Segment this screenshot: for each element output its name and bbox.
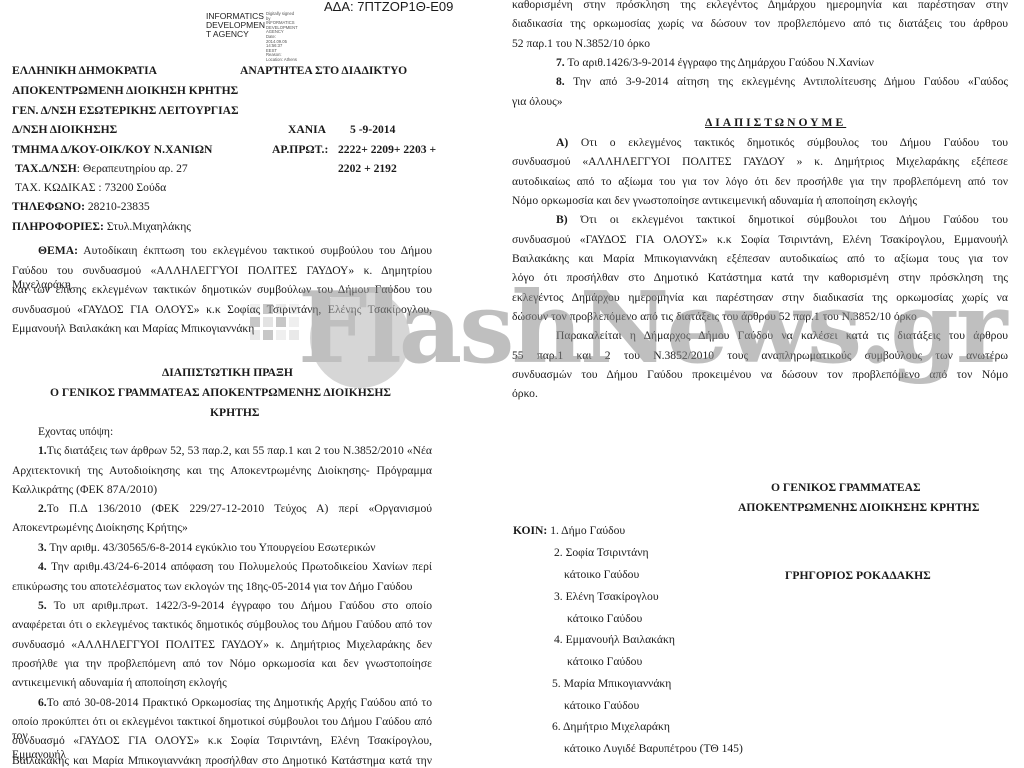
cc-item: 3. Ελένη Τσακίρογλου <box>554 590 659 604</box>
protocol-number-1: 2222+ 2209+ 2203 + <box>338 143 436 157</box>
consideration-item: 1.Τις διατάξεις των άρθρων 52, 53 παρ.2,… <box>38 444 432 458</box>
sender-line: ΑΠΟΚΕΝΤΡΩΜΕΝΗ ΔΙΟΙΚΗΣΗ ΚΡΗΤΗΣ <box>12 84 238 98</box>
cc-item: 4. Εμμανουήλ Βαιλακάκη <box>554 633 675 647</box>
considering-label: Εχοντας υπόψη: <box>38 425 113 439</box>
finding-b: Β) Ότι οι εκλεγμένοι τακτικοί δημοτικοί … <box>556 213 1008 227</box>
subject-line: ΘΕΜΑ: Αυτοδίκαιη έκπτωση του εκλεγμένου … <box>38 244 432 258</box>
finding-a: Α) Οτι ο εκλεγμένος τακτικός δημοτικός σ… <box>556 136 1008 150</box>
signatory-title: ΑΠΟΚΕΝΤΡΩΜΕΝΗΣ ΔΙΟΙΚΗΣΗΣ ΚΡΗΤΗΣ <box>738 501 979 515</box>
request-paragraph: Παρακαλείται η Δήμαρχος Δήμου Γαύδου να … <box>556 329 1008 343</box>
sender-line: Δ/ΝΣΗ ΔΙΟΙΚΗΣΗΣ <box>12 123 117 137</box>
sender-postcode: ΤΑΧ. ΚΩΔΙΚΑΣ : 73200 Σούδα <box>15 181 166 195</box>
signature-org: INFORMATICS DEVELOPMEN T AGENCY <box>206 12 265 39</box>
consideration-item: 3. Την αριθμ. 43/30565/6-8-2014 εγκύκλιο… <box>38 541 376 555</box>
document-page-left: ΑΔΑ: 7ΠΤΖΟΡ1Θ-Ε09 INFORMATICS DEVELOPMEN… <box>0 0 500 768</box>
subject-line: και των επίσης εκλεγμένων τακτικών δημοτ… <box>12 283 432 297</box>
cc-item: ΚΟΙΝ: 1. Δήμο Γαύδου <box>513 524 625 538</box>
consideration-item: 6.Το από 30-08-2014 Πρακτικό Ορκωμοσίας … <box>38 696 432 710</box>
document-page-right: καθορισμένη στην πρόσκληση της εκλεγέντο… <box>512 0 1024 768</box>
consideration-item: 7. Το αριθ.1426/3-9-2014 έγγραφο της Δημ… <box>556 56 874 70</box>
cc-item: 5. Μαρία Μπικογιαννάκη <box>552 677 671 691</box>
sender-line: ΕΛΛΗΝΙΚΗ ΔΗΜΟΚΡΑΤΙΑ <box>12 64 157 78</box>
consideration-item: 8. Την από 3-9-2014 αίτηση της εκλεγμένη… <box>556 75 1008 89</box>
finding-title: ΔΙΑΠΙΣΤΩΝΟΥΜΕ <box>705 116 846 130</box>
signatory-name: ΓΡΗΓΟΡΙΟΣ ΡΟΚΑΔΑΚΗΣ <box>785 569 931 583</box>
subject-line: Εμμανουήλ Βαιλακάκη και Μαρίας Μπικογιαν… <box>12 322 254 336</box>
sender-phone: ΤΗΛΕΦΩΝΟ: 28210-23835 <box>12 200 150 214</box>
cc-item: 2. Σοφία Τσιριντάνη <box>554 546 649 560</box>
sender-line: ΓΕΝ. Δ/ΝΣΗ ΕΣΩΤΕΡΙΚΗΣ ΛΕΙΤΟΥΡΓΙΑΣ <box>12 104 239 118</box>
signature-meta: Digitally signed by INFORMATICS DEVELOPM… <box>266 12 298 63</box>
protocol-number-2: 2202 + 2192 <box>338 162 397 176</box>
subject-line: συνδυασμού «ΓΑΥΔΟΣ ΓΙΑ ΟΛΟΥΣ» κ.κ Σοφίας… <box>12 303 432 317</box>
consideration-item: 5. Το υπ αριθμ.πρωτ. 1422/3-9-2014 έγγρα… <box>38 599 432 613</box>
publish-note: ΑΝΑΡΤΗΤΕΑ ΣΤΟ ΔΙΑΔΙΚΤΥΟ <box>240 64 407 78</box>
sender-info: ΠΛΗΡΟΦΟΡΙΕΣ: Στυλ.Μιχαηλάκης <box>12 220 191 234</box>
ada-code: ΑΔΑ: 7ΠΤΖΟΡ1Θ-Ε09 <box>324 0 453 14</box>
protocol-label: ΑΡ.ΠΡΩΤ.: <box>272 143 328 157</box>
sender-address: ΤΑΧ.Δ/ΝΣΗ: Θεραπευτηρίου αρ. 27 <box>15 162 188 176</box>
sender-line: ΤΜΗΜΑ Δ/ΚΟΥ-ΟΙΚ/ΚΟΥ Ν.ΧΑΝΙΩΝ <box>12 143 212 157</box>
document-date: 5 -9-2014 <box>350 123 395 137</box>
signatory-title: Ο ΓΕΝΙΚΟΣ ΓΡΑΜΜΑΤΕΑΣ <box>771 481 921 495</box>
place: ΧΑΝΙΑ <box>288 123 326 137</box>
cc-item: 6. Δημήτριο Μιχελαράκη <box>552 720 670 734</box>
consideration-item: 4. Την αριθμ.43/24-6-2014 απόφαση του Πο… <box>38 560 432 574</box>
act-issuer-region: ΚΡΗΤΗΣ <box>210 406 259 420</box>
consideration-item: 2.Το Π.Δ 136/2010 (ΦΕΚ 229/27-12-2010 Τε… <box>38 502 432 516</box>
act-issuer: Ο ΓΕΝΙΚΟΣ ΓΡΑΜΜΑΤΕΑΣ ΑΠΟΚΕΝΤΡΩΜΕΝΗΣ ΔΙΟΙ… <box>50 386 391 400</box>
act-title: ΔΙΑΠΙΣΤΩΤΙΚΗ ΠΡΑΞΗ <box>162 366 293 380</box>
